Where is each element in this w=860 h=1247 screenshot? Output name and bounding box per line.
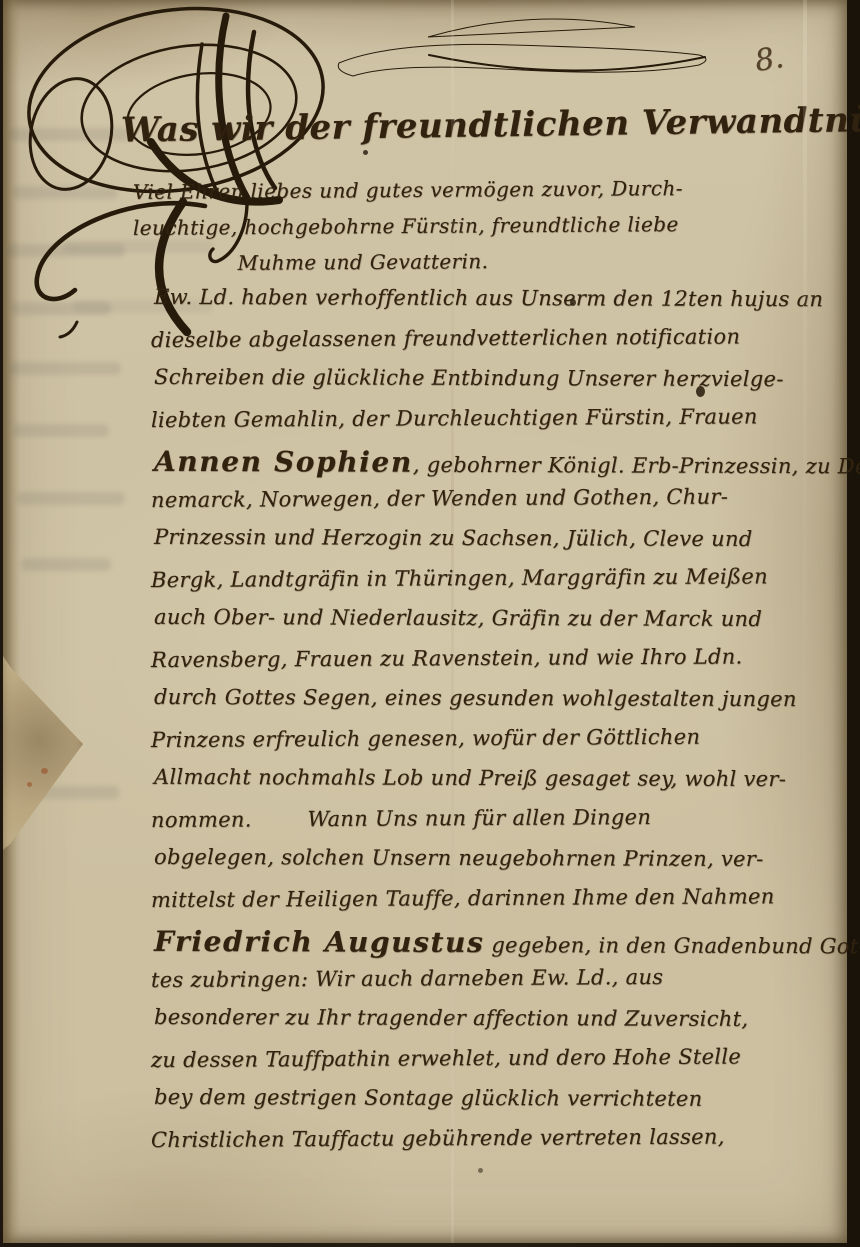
page-number: 8.	[752, 40, 786, 79]
manuscript-paper: 8. Was wir der freundtlichen Verwandtnüß…	[3, 0, 847, 1243]
line-text: bey dem gestrigen Sontage glücklich verr…	[154, 1085, 703, 1111]
manuscript-line: Christlichen Tauffactu gebührende vertre…	[151, 1124, 823, 1168]
manuscript-line: Prinzessin und Herzogin zu Sachsen, Jüli…	[154, 525, 823, 567]
manuscript-line: Ew. Ld. haben verhoffentlich aus Unserm …	[154, 285, 823, 327]
ink-speck	[570, 299, 576, 306]
manuscript-line: durch Gottes Segen, eines gesunden wohlg…	[154, 685, 823, 727]
line-text: dieselbe abgelassenen freundvetterlichen…	[151, 324, 740, 352]
salutation-line: Viel Ehren liebes und gutes vermögen zuv…	[133, 176, 673, 216]
ink-speck	[478, 1168, 483, 1173]
line-text: nemarck, Norwegen, der Wenden und Gothen…	[151, 485, 728, 513]
manuscript-line: bey dem gestrigen Sontage glücklich verr…	[154, 1085, 823, 1127]
line-text: tes zubringen: Wir auch darneben Ew. Ld.…	[151, 965, 663, 992]
emphasized-name: Friedrich Augustus	[154, 925, 484, 959]
manuscript-line: besonderer zu Ihr tragender affection un…	[154, 1005, 823, 1047]
manuscript-line: Annen Sophien, gebohrner Königl. Erb-Pri…	[154, 445, 823, 487]
ink-speck	[696, 386, 705, 397]
rust-speck	[27, 782, 32, 787]
line-text: Prinzessin und Herzogin zu Sachsen, Jüli…	[154, 525, 753, 551]
line-text: zu dessen Tauffpathin erwehlet, und dero…	[151, 1044, 741, 1072]
manuscript-line: Bergk, Landtgräfin in Thüringen, Marggrä…	[151, 564, 823, 608]
manuscript-line: mittelst der Heiligen Tauffe, darinnen I…	[151, 884, 823, 928]
manuscript-line: nemarck, Norwegen, der Wenden und Gothen…	[151, 484, 823, 528]
manuscript-line: zu dessen Tauffpathin erwehlet, und dero…	[151, 1044, 823, 1088]
manuscript-line: dieselbe abgelassenen freundvetterlichen…	[151, 324, 823, 368]
line-text: besonderer zu Ihr tragender affection un…	[154, 1005, 748, 1031]
rust-speck	[41, 768, 48, 774]
manuscript-line: auch Ober- und Niederlausitz, Gräfin zu …	[154, 605, 823, 647]
line-text: Allmacht nochmahls Lob und Preiß gesaget…	[154, 765, 786, 791]
line-text: mittelst der Heiligen Tauffe, darinnen I…	[151, 884, 775, 912]
line-text: Christlichen Tauffactu gebührende vertre…	[151, 1125, 725, 1153]
manuscript-line: obgelegen, solchen Unsern neugebohrnen P…	[154, 845, 823, 887]
line-text: liebten Gemahlin, der Durchleuchtigen Fü…	[151, 404, 758, 432]
calligraphic-horizontal-swash	[333, 5, 725, 93]
manuscript-line: Schreiben die glückliche Entbindung Unse…	[154, 365, 823, 407]
line-text: Prinzens erfreulich genesen, wofür der G…	[151, 725, 700, 752]
manuscript-line: liebten Gemahlin, der Durchleuchtigen Fü…	[151, 404, 823, 448]
salutation-block: Viel Ehren liebes und gutes vermögen zuv…	[133, 178, 673, 286]
ink-speck	[809, 128, 813, 132]
manuscript-line: tes zubringen: Wir auch darneben Ew. Ld.…	[151, 964, 823, 1008]
manuscript-line: Prinzens erfreulich genesen, wofür der G…	[151, 724, 823, 768]
line-text: durch Gottes Segen, eines gesunden wohlg…	[154, 685, 797, 711]
line-text: Ew. Ld. haben verhoffentlich aus Unserm …	[154, 285, 823, 311]
paper-crease	[803, 0, 807, 1243]
manuscript-line: Allmacht nochmahls Lob und Preiß gesaget…	[154, 765, 823, 807]
emphasized-name: Annen Sophien	[154, 445, 413, 479]
manuscript-line: Friedrich Augustus gegeben, in den Gnade…	[154, 925, 823, 967]
scanned-manuscript-page: 8. Was wir der freundtlichen Verwandtnüß…	[0, 0, 860, 1247]
line-text: Schreiben die glückliche Entbindung Unse…	[154, 365, 784, 391]
salutation-line: leuchtige, hochgebohrne Fürstin, freundt…	[133, 212, 673, 252]
salutation-line: Muhme und Gevatterin.	[133, 248, 593, 287]
line-text: , gebohrner Königl. Erb-Prinzessin, zu D…	[413, 453, 860, 479]
line-text: obgelegen, solchen Unsern neugebohrnen P…	[154, 845, 764, 871]
line-text: Ravensberg, Frauen zu Ravenstein, und wi…	[151, 644, 743, 672]
manuscript-line: Ravensberg, Frauen zu Ravenstein, und wi…	[151, 644, 823, 688]
line-text: Bergk, Landtgräfin in Thüringen, Marggrä…	[151, 564, 768, 592]
body-text: Ew. Ld. haben verhoffentlich aus Unserm …	[151, 286, 823, 1166]
manuscript-line: nommen. Wann Uns nun für allen Dingen	[151, 804, 823, 848]
line-text: nommen. Wann Uns nun für allen Dingen	[151, 805, 651, 832]
line-text: auch Ober- und Niederlausitz, Gräfin zu …	[154, 605, 762, 631]
folded-paper-corner	[3, 650, 83, 850]
heading-line: Was wir der freundtlichen Verwandtnüß na…	[121, 101, 769, 150]
ink-speck	[363, 150, 368, 155]
